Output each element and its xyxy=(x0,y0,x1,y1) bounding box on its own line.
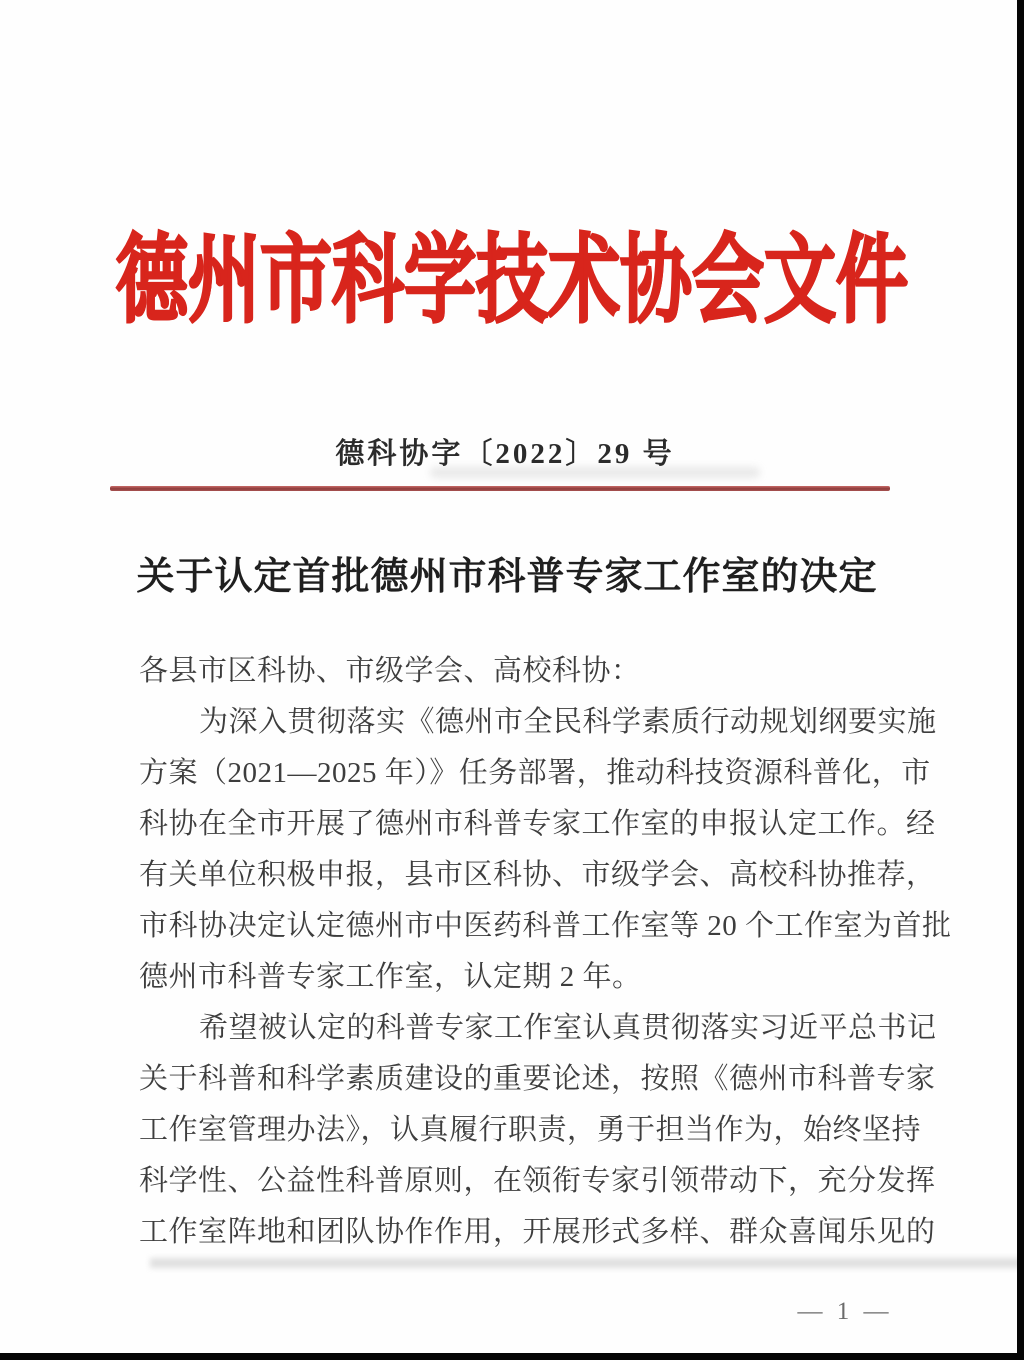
document-body: 各县市区科协、市级学会、高校科协：为深入贯彻落实《德州市全民科学素质行动规划纲要… xyxy=(139,646,887,1258)
red-header-org-title: 德州市科学技术协会文件 xyxy=(0,205,1024,340)
scan-streak-artifact xyxy=(150,1258,1024,1268)
scan-edge-bottom xyxy=(0,1353,1024,1360)
body-line: 工作室管理办法》，认真履行职责，勇于担当作为，始终坚持 xyxy=(139,1105,887,1156)
body-line: 方案（2021—2025 年）》任务部署，推动科技资源科普化，市 xyxy=(139,748,887,799)
scan-edge-right xyxy=(1017,0,1024,1360)
document-number: 德科协字〔2022〕29 号 xyxy=(0,431,1010,472)
body-line: 有关单位积极申报，县市区科协、市级学会、高校科协推荐， xyxy=(139,850,887,901)
body-line: 科学性、公益性科普原则，在领衔专家引领带动下，充分发挥 xyxy=(139,1156,887,1207)
red-divider-line xyxy=(110,486,890,491)
body-line: 关于科普和科学素质建设的重要论述，按照《德州市科普专家 xyxy=(139,1054,887,1105)
document-title: 关于认定首批德州市科普专家工作室的决定 xyxy=(0,545,1014,600)
page-number: — 1 — xyxy=(780,1298,910,1326)
body-line: 市科协决定认定德州市中医药科普工作室等 20 个工作室为首批 xyxy=(139,901,887,952)
body-line: 德州市科普专家工作室，认定期 2 年。 xyxy=(139,952,887,1003)
body-line: 科协在全市开展了德州市科普专家工作室的申报认定工作。经 xyxy=(139,799,887,850)
org-title-text: 德州市科学技术协会文件 xyxy=(116,204,908,341)
body-line: 为深入贯彻落实《德州市全民科学素质行动规划纲要实施 xyxy=(139,697,887,748)
body-line: 希望被认定的科普专家工作室认真贯彻落实习近平总书记 xyxy=(139,1003,887,1054)
body-line: 工作室阵地和团队协作作用，开展形式多样、群众喜闻乐见的 xyxy=(139,1207,887,1258)
document-page: 德州市科学技术协会文件 德科协字〔2022〕29 号 关于认定首批德州市科普专家… xyxy=(0,0,1024,1360)
body-line: 各县市区科协、市级学会、高校科协： xyxy=(139,646,887,697)
